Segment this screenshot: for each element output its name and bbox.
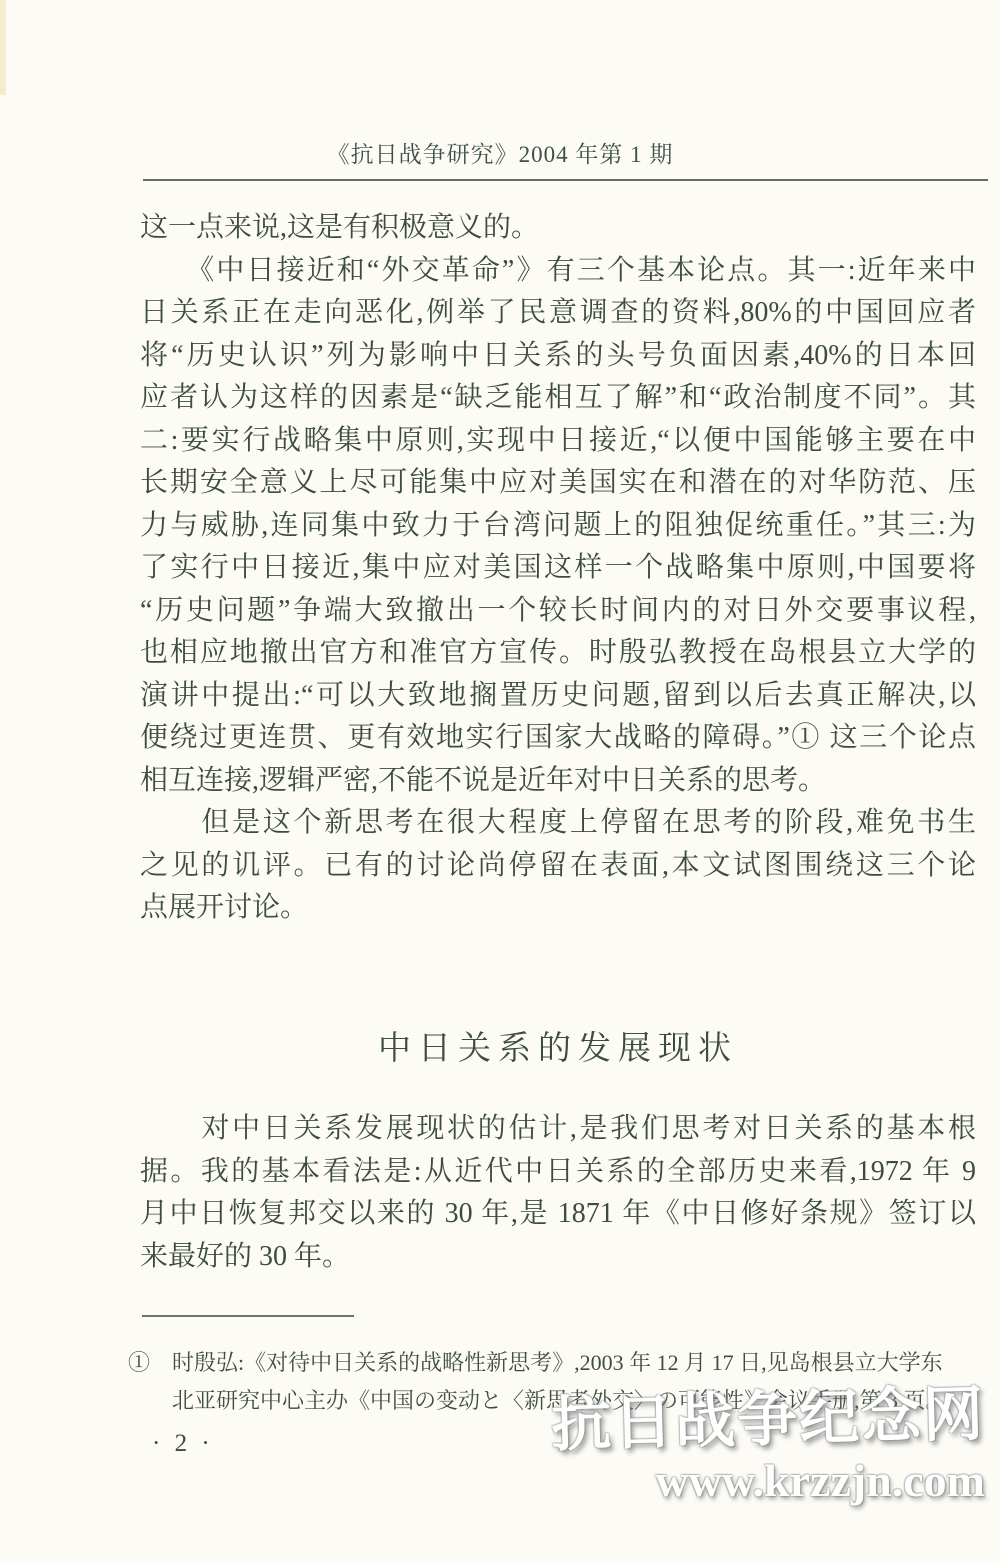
text-line: 《中日接近和“外交革命”》有三个基本论点。其一:近年来中 — [140, 250, 976, 293]
text-line: 点展开讨论。 — [140, 887, 976, 930]
text-line: ① 时殷弘:《对待中日关系的战略性新思考》,2003 年 12 月 17 日,见… — [128, 1344, 984, 1382]
text-line: 了实行中日接近,集中应对美国这样一个战略集中原则,中国要将 — [140, 547, 976, 590]
text-line: 据。我的基本看法是:从近代中日关系的全部历史来看,1972 年 9 — [140, 1151, 976, 1194]
text-line: 演讲中提出:“可以大致地搁置历史问题,留到以后去真正解决,以 — [140, 675, 976, 718]
text-line: 北亚研究中心主办《中国の变动と〈新思考外交〉の可能性》会议手册,第 3 页。 — [128, 1382, 984, 1420]
section-heading: 中日关系的发展现状 — [140, 1022, 976, 1069]
body-text-block: 这一点来说,这是有积极意义的。 《中日接近和“外交革命”》有三个基本论点。其一:… — [140, 207, 976, 930]
text-line: 之见的讥评。已有的讨论尚停留在表面,本文试图围绕这三个论 — [140, 845, 976, 888]
text-line: 来最好的 30 年。 — [140, 1236, 976, 1279]
text-line: 力与威胁,连同集中致力于台湾问题上的阻独促统重任。”其三:为 — [140, 505, 976, 548]
text-line: 便绕过更连贯、更有效地实行国家大战略的障碍。”① 这三个论点 — [140, 717, 976, 760]
text-line: 日关系正在走向恶化,例举了民意调查的资料,80%的中国回应者 — [140, 292, 976, 335]
paragraph-carryover: 这一点来说,这是有积极意义的。 — [140, 207, 976, 250]
text-line: 长期安全意义上尽可能集中应对美国实在和潜在的对华防范、压 — [140, 462, 976, 505]
paragraph-but-new-thinking: 但是这个新思考在很大程度上停留在思考的阶段,难免书生之见的讥评。已有的讨论尚停留… — [140, 802, 976, 930]
text-line: 对中日关系发展现状的估计,是我们思考对日关系的基本根 — [140, 1108, 976, 1151]
text-line: 但是这个新思考在很大程度上停留在思考的阶段,难免书生 — [140, 802, 976, 845]
text-line: 这一点来说,这是有积极意义的。 — [140, 207, 976, 250]
footnote: ① 时殷弘:《对待中日关系的战略性新思考》,2003 年 12 月 17 日,见… — [128, 1344, 984, 1420]
footnote-rule — [142, 1315, 354, 1317]
text-line: 相互连接,逻辑严密,不能不说是近年对中日关系的思考。 — [140, 760, 976, 803]
text-line: 应者认为这样的因素是“缺乏能相互了解”和“政治制度不同”。其 — [140, 377, 976, 420]
running-head-journal-issue: 《抗日战争研究》2004 年第 1 期 — [0, 136, 1000, 169]
text-line: 月中日恢复邦交以来的 30 年,是 1871 年《中日修好条规》签订以 — [140, 1193, 976, 1236]
text-line: 二:要实行战略集中原则,实现中日接近,“以便中国能够主要在中 — [140, 420, 976, 463]
paragraph-three-points: 《中日接近和“外交革命”》有三个基本论点。其一:近年来中日关系正在走向恶化,例举… — [140, 250, 976, 803]
scan-edge-artifact — [0, 0, 6, 95]
body-text-block-2: 对中日关系发展现状的估计,是我们思考对日关系的基本根据。我的基本看法是:从近代中… — [140, 1108, 976, 1278]
header-rule — [143, 179, 988, 181]
text-line: 将“历史认识”列为影响中日关系的头号负面因素,40%的日本回 — [140, 335, 976, 378]
scanned-journal-page: 《抗日战争研究》2004 年第 1 期 这一点来说,这是有积极意义的。 《中日接… — [0, 0, 1000, 1563]
watermark-site-url: www.krzzjn.com — [535, 1454, 985, 1507]
text-line: 也相应地撤出官方和准官方宣传。时殷弘教授在岛根县立大学的 — [140, 632, 976, 675]
page-number: · 2 · — [152, 1430, 214, 1458]
paragraph-relations-status: 对中日关系发展现状的估计,是我们思考对日关系的基本根据。我的基本看法是:从近代中… — [140, 1108, 976, 1278]
text-line: “历史问题”争端大致撤出一个较长时间内的对日外交要事议程, — [140, 590, 976, 633]
